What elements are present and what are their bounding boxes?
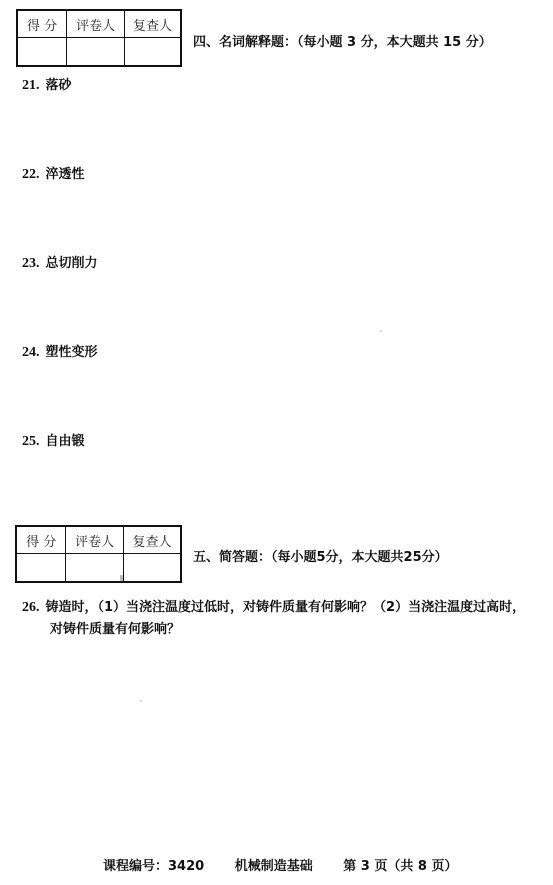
- scan-speckle: [120, 575, 123, 581]
- page-number: 第 3 页（共 8 页）: [343, 859, 457, 874]
- reviewer-cell[interactable]: [124, 554, 181, 583]
- grader-cell[interactable]: [66, 554, 124, 583]
- reviewer-header: 复查人: [124, 526, 181, 554]
- question-text-line-1: 铸造时，（1）当浇注温度过低时，对铸件质量有何影响？（2）当浇注温度过高时，: [46, 600, 526, 615]
- course-name: 机械制造基础: [235, 859, 313, 874]
- question-number: 24.: [22, 345, 40, 360]
- question-22: 22.淬透性: [22, 163, 85, 183]
- score-header: 得 分: [17, 10, 67, 38]
- scan-speckle: [380, 330, 382, 332]
- question-text: 塑性变形: [46, 345, 98, 360]
- question-text: 总切削力: [46, 256, 98, 271]
- question-24: 24.塑性变形: [22, 341, 98, 361]
- question-21: 21.落砂: [22, 74, 72, 94]
- score-header: 得 分: [16, 526, 66, 554]
- question-text: 落砂: [46, 78, 72, 93]
- question-23: 23.总切削力: [22, 252, 98, 272]
- page-footer: 课程编号：3420 机械制造基础 第 3 页（共 8 页）: [103, 855, 483, 874]
- question-number: 22.: [22, 167, 40, 182]
- score-table-section-4: 得 分 评卷人 复查人: [16, 9, 182, 67]
- reviewer-cell[interactable]: [125, 38, 181, 67]
- question-number: 21.: [22, 78, 40, 93]
- question-number: 26.: [22, 600, 40, 615]
- grader-header: 评卷人: [67, 10, 125, 38]
- question-number: 25.: [22, 434, 40, 449]
- grader-cell[interactable]: [67, 38, 125, 67]
- reviewer-header: 复查人: [125, 10, 181, 38]
- question-text: 淬透性: [46, 167, 85, 182]
- section-5-title: 五、简答题：（每小题5分，本大题共25分）: [193, 546, 448, 565]
- section-4-title: 四、名词解释题：（每小题 3 分，本大题共 15 分）: [193, 31, 492, 50]
- scan-speckle: [140, 700, 142, 702]
- course-code: 课程编号：3420: [103, 859, 204, 874]
- score-cell[interactable]: [16, 554, 66, 583]
- question-26: 26.铸造时，（1）当浇注温度过低时，对铸件质量有何影响？（2）当浇注温度过高时…: [22, 597, 542, 641]
- question-text: 自由锻: [46, 434, 85, 449]
- score-table-section-5: 得 分 评卷人 复查人: [15, 525, 182, 583]
- question-number: 23.: [22, 256, 40, 271]
- question-25: 25.自由锻: [22, 430, 85, 450]
- question-text-line-2: 对铸件质量有何影响？: [22, 619, 542, 641]
- score-cell[interactable]: [17, 38, 67, 67]
- grader-header: 评卷人: [66, 526, 124, 554]
